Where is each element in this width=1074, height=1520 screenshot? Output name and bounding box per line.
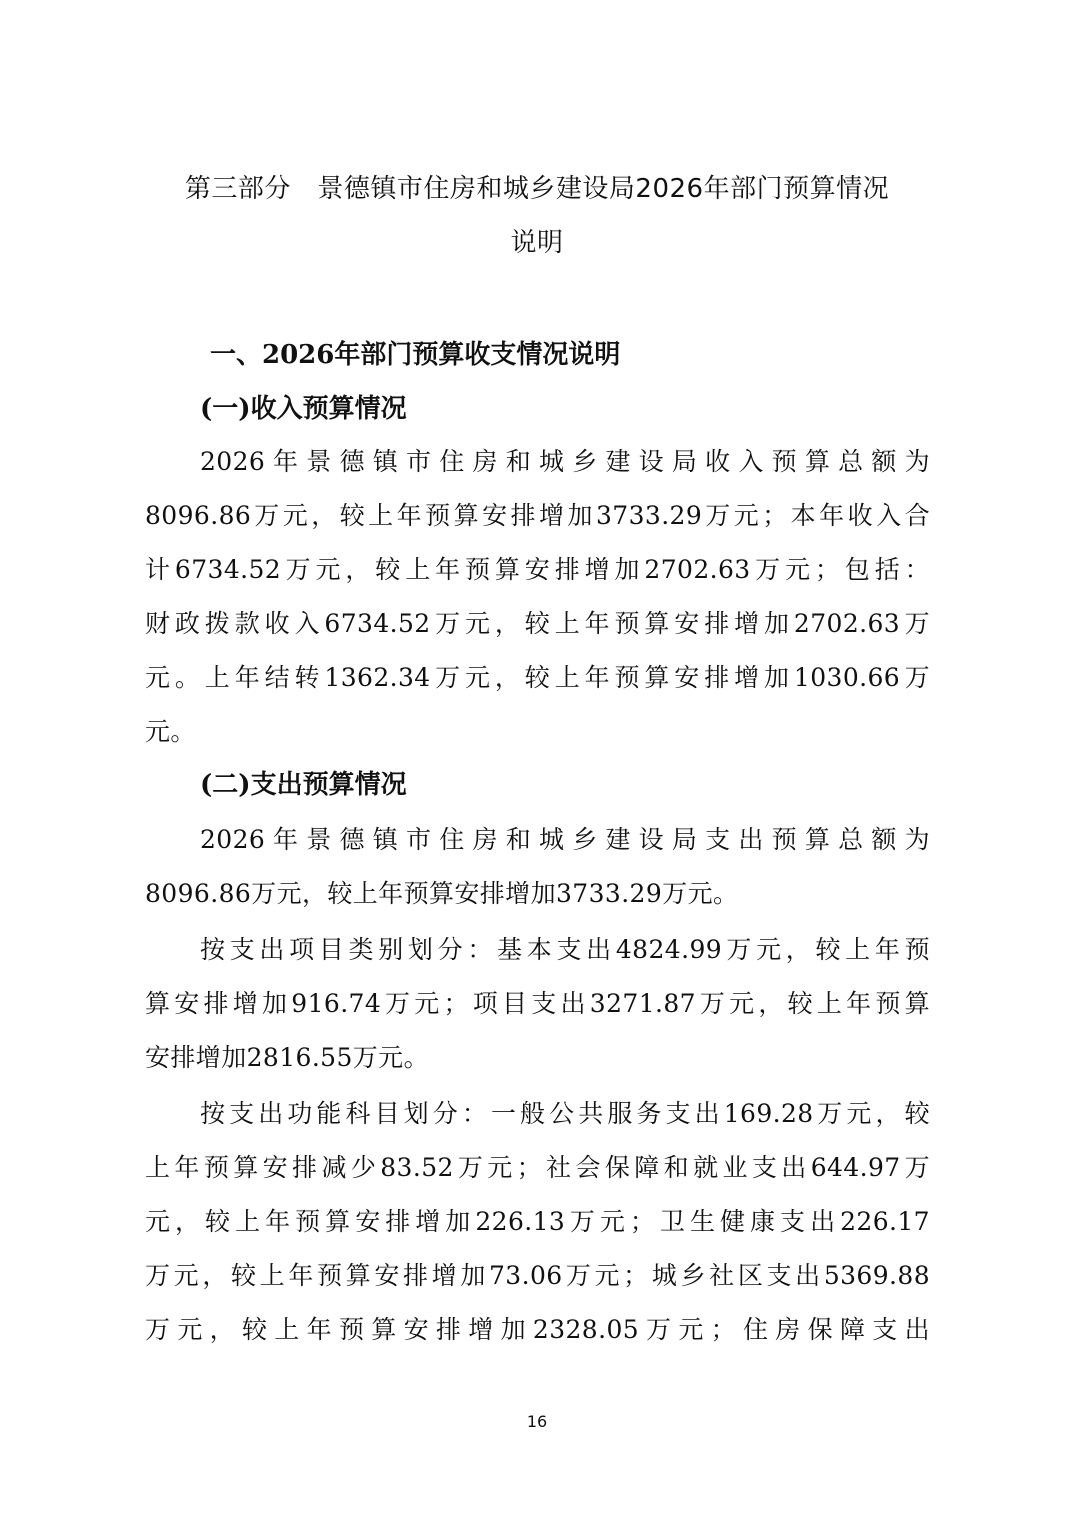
- paragraph-line: 万元，较上年预算安排增加73.06万元；城乡社区支出5369.88: [145, 1256, 930, 1292]
- section-heading: 一、2026年部门预算收支情况说明: [210, 334, 620, 371]
- paragraph-line: 安排增加2816.55万元。: [145, 1038, 930, 1074]
- paragraph-line: 元，较上年预算安排增加226.13万元；卫生健康支出226.17: [145, 1202, 930, 1238]
- subsection-heading-income: (一)收入预算情况: [200, 388, 407, 425]
- paragraph-line: 元。上年结转1362.34万元，较上年预算安排增加1030.66万: [145, 658, 930, 694]
- paragraph-line: 上年预算安排减少83.52万元；社会保障和就业支出644.97万: [145, 1148, 930, 1184]
- subsection-heading-expenditure: (二)支出预算情况: [200, 764, 407, 801]
- paragraph-line: 按支出功能科目划分：一般公共服务支出169.28万元，较: [200, 1094, 930, 1130]
- document-title-continued: 说明: [0, 222, 1074, 259]
- paragraph-line: 算安排增加916.74万元；项目支出3271.87万元，较上年预算: [145, 984, 930, 1020]
- paragraph-line: 2026年景德镇市住房和城乡建设局收入预算总额为: [200, 442, 930, 478]
- paragraph-line: 万元，较上年预算安排增加2328.05万元；住房保障支出: [145, 1310, 930, 1346]
- paragraph-line: 财政拨款收入6734.52万元，较上年预算安排增加2702.63万: [145, 604, 930, 640]
- paragraph-line: 2026年景德镇市住房和城乡建设局支出预算总额为: [200, 820, 930, 856]
- paragraph-line: 元。: [145, 712, 930, 748]
- paragraph-line: 8096.86万元，较上年预算安排增加3733.29万元。: [145, 874, 930, 910]
- paragraph-line: 按支出项目类别划分：基本支出4824.99万元，较上年预: [200, 930, 930, 966]
- page-number: 16: [0, 1412, 1074, 1431]
- document-title: 第三部分 景德镇市住房和城乡建设局2026年部门预算情况: [0, 168, 1074, 205]
- paragraph-line: 计6734.52万元，较上年预算安排增加2702.63万元；包括：: [145, 550, 930, 586]
- paragraph-line: 8096.86万元，较上年预算安排增加3733.29万元；本年收入合: [145, 496, 930, 532]
